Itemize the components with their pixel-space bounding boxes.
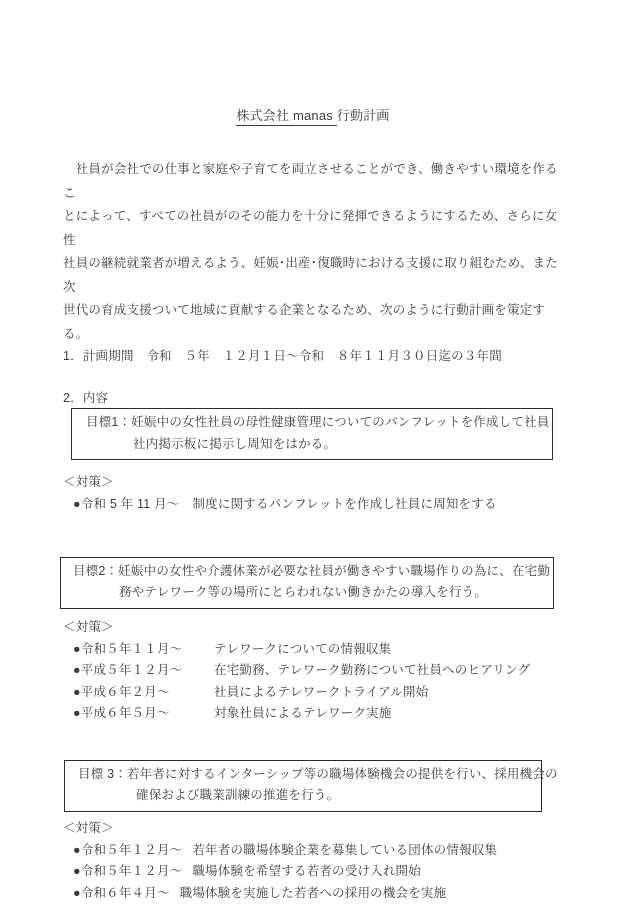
goal-3-text-line-1: 目標 3：若年者に対するインターシップ等の職場体験機会の提供を行い、採用機会の [78,764,531,786]
intro-line: 社員が会社での仕事と家庭や子育てを両立させることができ、働きやすい環境を作るこ [63,158,563,205]
measure-date: ●平成６年５月～ [73,703,214,725]
contents-heading: 2．内容 [63,390,563,407]
measure-date: ●平成６年２月～ [73,682,214,704]
goal-2-section: 目標2：妊娠中の女性や介護休業が必要な社員が働きやすい職場作りの為に、在宅勤 務… [63,557,563,725]
measure-description: 若年者の職場体験企業を募集している団体の情報収集 [192,843,497,857]
goal-1-measures-list: ●令和 5 年 11 月～制度に関するパンフレットを作成し社員に周知をする [63,494,563,516]
intro-line: とによって、すべての社員がのその能力を十分に発揮できるようにするため、さらに女性 [63,205,563,252]
measure-item: ●令和５年１２月～職場体験を希望する若者の受け入れ開始 [73,861,563,883]
measures-label: ＜対策＞ [63,820,563,837]
measures-label: ＜対策＞ [63,619,563,636]
intro-paragraph: 社員が会社での仕事と家庭や子育てを両立させることができ、働きやすい環境を作るこ … [63,158,563,346]
goal-1-text-line-2: 社内掲示板に掲示し周知をはかる。 [133,434,542,456]
measure-item: ●令和 5 年 11 月～制度に関するパンフレットを作成し社員に周知をする [73,494,563,516]
measure-date: ●令和 5 年 11 月～ [73,497,179,511]
title-rest: 行動計画 [337,108,390,123]
goal-3-box: 目標 3：若年者に対するインターシップ等の職場体験機会の提供を行い、採用機会の … [64,760,542,812]
measure-item: ●令和５年１１月～テレワークについての情報収集 [73,639,563,661]
goal-3-measures-list: ●令和５年１２月～若年者の職場体験企業を募集している団体の情報収集 ●令和５年１… [63,840,563,904]
measure-item: ●令和５年１２月～若年者の職場体験企業を募集している団体の情報収集 [73,840,563,862]
measure-item: ●平成６年２月～社員によるテレワークトライアル開始 [73,682,563,704]
intro-line: 世代の育成支援ついて地域に貢献する企業となるため、次のように行動計画を策定する。 [63,299,563,346]
measure-description: 制度に関するパンフレットを作成し社員に周知をする [192,497,496,511]
plan-period-line: 1．計画期間 令和 ５年 １２月１日～令和 ８年１１月３０日迄の３年間 [63,348,563,365]
measure-date: ●令和６年４月～ [73,886,170,900]
goal-2-box: 目標2：妊娠中の女性や介護休業が必要な社員が働きやすい職場作りの為に、在宅勤 務… [60,557,554,609]
measure-description: 職場体験を実施した若者への採用の機会を実施 [180,886,447,900]
goal-1-text-line-1: 目標1：妊娠中の女性社員の母性健康管理についてのパンフレットを作成して社員 [86,412,542,434]
measure-item: ●平成５年１２月～在宅勤務、テレワーク勤務について社員へのヒアリング [73,660,563,682]
intro-line: 社員の継続就業者が増えるよう、妊娠･出産･復職時における支援に取り組むため、また… [63,252,563,299]
measure-description: 在宅勤務、テレワーク勤務について社員へのヒアリング [214,663,530,677]
measure-item: ●令和６年４月～職場体験を実施した若者への採用の機会を実施 [73,883,563,904]
measure-date: ●平成５年１２月～ [73,660,214,682]
goal-2-measures-list: ●令和５年１１月～テレワークについての情報収集 ●平成５年１２月～在宅勤務、テレ… [63,639,563,725]
measures-label: ＜対策＞ [63,474,563,491]
measure-item: ●平成６年５月～対象社員によるテレワーク実施 [73,703,563,725]
measure-description: 職場体験を希望する若者の受け入れ開始 [192,864,421,878]
measure-description: テレワークについての情報収集 [214,642,391,656]
goal-1-section: 目標1：妊娠中の女性社員の母性健康管理についてのパンフレットを作成して社員 社内… [63,408,563,516]
goal-3-section: 目標 3：若年者に対するインターシップ等の職場体験機会の提供を行い、採用機会の … [63,760,563,904]
goal-2-text-line-2: 務やテレワーク等の場所にとらわれない働きかたの導入を行う。 [119,582,543,604]
goal-3-text-line-2: 確保および職業訓練の推進を行う。 [136,785,531,807]
goal-1-box: 目標1：妊娠中の女性社員の母性健康管理についてのパンフレットを作成して社員 社内… [71,408,553,460]
measure-description: 対象社員によるテレワーク実施 [214,706,392,720]
document-page: 株式会社 manas 行動計画 社員が会社での仕事と家庭や子育てを両立させること… [0,0,625,904]
document-title: 株式会社 manas 行動計画 [63,108,563,124]
title-underlined-company-name: 株式会社 manas [236,108,336,126]
measure-date: ●令和５年１１月～ [73,639,214,661]
goal-2-text-line-1: 目標2：妊娠中の女性や介護休業が必要な社員が働きやすい職場作りの為に、在宅勤 [73,561,543,583]
measure-description: 社員によるテレワークトライアル開始 [214,685,428,699]
measure-date: ●令和５年１２月～ [73,843,182,857]
measure-date: ●令和５年１２月～ [73,864,182,878]
